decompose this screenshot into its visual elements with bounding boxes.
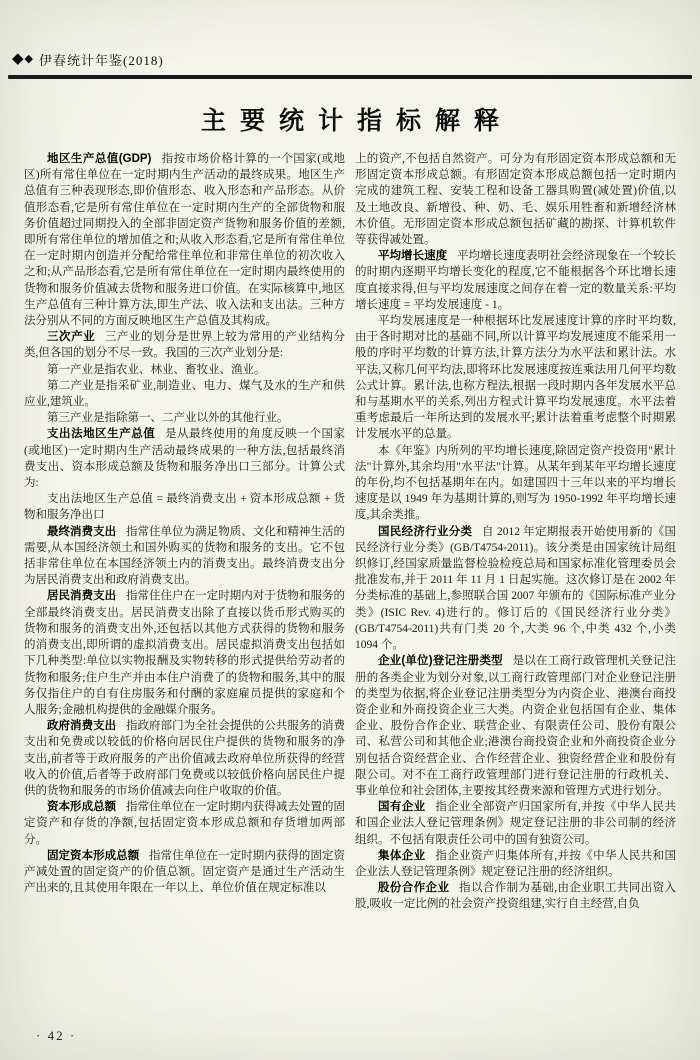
paragraph-heading: 政府消费支出 (47, 720, 116, 732)
column-right: 上的资产,不包括自然资产。可分为有形固定资本形成总额和无形固定资本形成总额。有形… (355, 151, 676, 913)
paragraph-heading: 国民经济行业分类 (378, 526, 472, 538)
paragraph-heading: 平均增长速度 (378, 250, 447, 262)
paragraph-text: 指按市场价格计算的一个国家(或地区)所有常住单位在一定时期内生产活动的最终成果。… (24, 153, 345, 327)
diamond-icon: ◆ (25, 54, 33, 65)
header-title: 伊春统计年鉴(2018) (39, 50, 164, 69)
paragraph-formula: 支出法地区生产总值 = 最终消费支出 + 资本形成总额 + 货物和服务净出口 (24, 491, 345, 523)
paragraph: 上的资产,不包括自然资产。可分为有形固定资本形成总额和无形固定资本形成总额。有形… (355, 151, 676, 248)
paragraph-heading: 最终消费支出 (47, 526, 116, 538)
paragraph-heading: 三次产业 (47, 331, 95, 343)
paragraph: 集体企业指企业资产归集体所有,并按《中华人民共和国企业法人登记管理条例》规定登记… (355, 848, 676, 880)
paragraph-text: 第一产业是指农业、林业、畜牧业、渔业。 (47, 364, 266, 376)
paragraph: 国民经济行业分类自 2012 年定期报表开始使用新的《国民经济行业分类》(GB/… (355, 524, 676, 654)
paragraph-text: 本《年鉴》内所列的平均增长速度,除固定资产投资用"累计法"计算外,其余均用"水平… (355, 445, 676, 522)
page-number: · 42 · (36, 1028, 76, 1044)
paragraph-text: 平均发展速度是一种根据环比发展速度计算的序时平均数,由于各时期对比的基础不同,所… (355, 315, 676, 440)
page-header: ◆ ◆ 伊春统计年鉴(2018) (0, 0, 700, 69)
paragraph-text: 指常住住户在一定时期内对于货物和服务的全部最终消费支出。居民消费支出除了直接以货… (24, 590, 345, 715)
paragraph: 股份合作企业指以合作制为基础,由企业职工共同出资入股,吸收一定比例的社会资产投资… (355, 880, 676, 912)
paragraph-text: 第三产业是指除第一、二产业以外的其他行业。 (47, 412, 289, 424)
paragraph-heading: 固定资本形成总额 (47, 850, 139, 862)
paragraph-text: 支出法地区生产总值 = 最终消费支出 + 资本形成总额 + 货物和服务净出口 (24, 493, 345, 521)
paragraph: 地区生产总值(GDP)指按市场价格计算的一个国家(或地区)所有常住单位在一定时期… (24, 151, 345, 329)
column-left: 地区生产总值(GDP)指按市场价格计算的一个国家(或地区)所有常住单位在一定时期… (24, 151, 345, 913)
header-rule (8, 75, 692, 79)
paragraph: 固定资本形成总额指常住单位在一定时期内获得的固定资产减处置的固定资产的价值总额。… (24, 848, 345, 897)
paragraph-text: 是以在工商行政管理机关登记注册的各类企业为划分对象,以工商行政管理部门对企业登记… (355, 655, 676, 797)
paragraph: 最终消费支出指常住单位为满足物质、文化和精神生活的需要,从本国经济领土和国外购买… (24, 524, 345, 589)
paragraph: 居民消费支出指常住住户在一定时期内对于货物和服务的全部最终消费支出。居民消费支出… (24, 588, 345, 718)
diamond-icon: ◆ (12, 52, 24, 67)
paragraph-heading: 股份合作企业 (378, 882, 449, 894)
paragraph: 三次产业三产业的划分是世界上较为常用的产业结构分类,但各国的划分不尽一致。我国的… (24, 329, 345, 361)
paragraph: 平均发展速度是一种根据环比发展速度计算的序时平均数,由于各时期对比的基础不同,所… (355, 313, 676, 443)
paragraph: 国有企业指企业全部资产归国家所有,并按《中华人民共和国企业法人登记管理条例》规定… (355, 799, 676, 848)
paragraph-heading: 支出法地区生产总值 (47, 428, 155, 440)
paragraph: 平均增长速度平均增长速度表明社会经济现象在一个较长的时期内逐期平均增长变化的程度… (355, 248, 676, 313)
paragraph-heading: 地区生产总值(GDP) (47, 153, 151, 165)
paragraph-heading: 集体企业 (378, 850, 426, 862)
paragraph: 本《年鉴》内所列的平均增长速度,除固定资产投资用"累计法"计算外,其余均用"水平… (355, 443, 676, 524)
paragraph-text: 上的资产,不包括自然资产。可分为有形固定资本形成总额和无形固定资本形成总额。有形… (355, 153, 676, 246)
page-title: 主要统计指标解释 (0, 101, 700, 137)
paragraph: 第一产业是指农业、林业、畜牧业、渔业。 (24, 362, 345, 378)
text-columns: 地区生产总值(GDP)指按市场价格计算的一个国家(或地区)所有常住单位在一定时期… (0, 137, 700, 913)
paragraph-heading: 资本形成总额 (47, 801, 116, 813)
yearbook-page: ◆ ◆ 伊春统计年鉴(2018) 主要统计指标解释 地区生产总值(GDP)指按市… (0, 0, 700, 1060)
paragraph: 支出法地区生产总值是从最终使用的角度反映一个国家(或地区)一定时期内生产活动最终… (24, 426, 345, 491)
paragraph-text: 自 2012 年定期报表开始使用新的《国民经济行业分类》(GB/T4754-20… (355, 526, 676, 651)
paragraph-text: 第二产业是指采矿业,制造业、电力、煤气及水的生产和供应业,建筑业。 (24, 380, 345, 408)
paragraph-heading: 国有企业 (378, 801, 426, 813)
paragraph: 企业(单位)登记注册类型是以在工商行政管理机关登记注册的各类企业为划分对象,以工… (355, 653, 676, 799)
paragraph: 第二产业是指采矿业,制造业、电力、煤气及水的生产和供应业,建筑业。 (24, 378, 345, 410)
paragraph: 政府消费支出指政府部门为全社会提供的公共服务的消费支出和免费或以较低的价格向居民… (24, 718, 345, 799)
paragraph: 第三产业是指除第一、二产业以外的其他行业。 (24, 410, 345, 426)
paragraph: 资本形成总额指常住单位在一定时期内获得减去处置的固定资产和存货的净额,包括固定资… (24, 799, 345, 848)
paragraph-heading: 企业(单位)登记注册类型 (378, 655, 503, 667)
paragraph-heading: 居民消费支出 (47, 590, 116, 602)
